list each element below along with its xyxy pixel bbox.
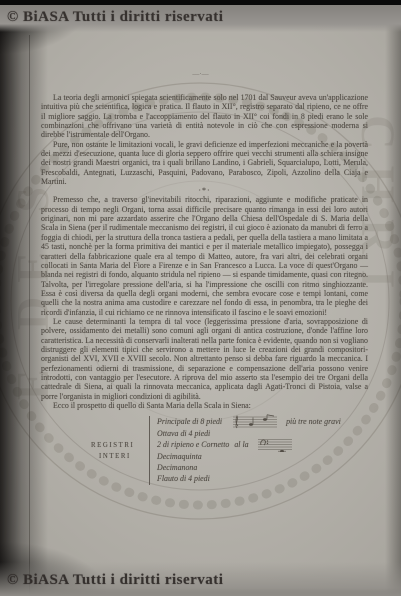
watermark-bar-bottom: © BiASA Tutti i diritti riservati [0, 562, 401, 596]
right-edge-shadow [385, 5, 401, 596]
stop-name: Decimaquinta [157, 452, 202, 461]
stop-name: 2 di ripieno e Cornetto [157, 440, 229, 449]
stop-name: Flauto di 4 piedi [157, 474, 210, 483]
stop-list-brace [149, 416, 150, 484]
music-staff-icon [254, 437, 296, 452]
stop-group-label-line2: interi [91, 451, 147, 462]
stop-name: Principale di 8 piedi [157, 417, 222, 426]
list-item: Flauto di 4 piedi [157, 473, 341, 484]
prospetto-intro: Ecco il prospetto di quello di Santa Mar… [41, 401, 368, 410]
paragraph: Premesso che, a traverso gl'inevitabili … [41, 195, 368, 316]
document-text: La teoria degli armonici spiegata scient… [41, 93, 368, 485]
list-item: Decimaquinta [157, 451, 341, 462]
page-scan: E DE S CHRI —·— La teoria degli armonici… [0, 5, 401, 596]
copyright-watermark-top: © BiASA Tutti i diritti riservati [7, 9, 223, 26]
stop-group-label-line1: Registri [91, 440, 147, 451]
music-staff-icon [227, 414, 281, 430]
stop-annotation: più tre note gravi [286, 417, 341, 426]
paragraph: Pure, non ostante le limitazioni vocali,… [41, 140, 368, 187]
stop-list-items: Principale di 8 piedi [157, 416, 341, 484]
watermark-bar-top: © BiASA Tutti i diritti riservati [0, 5, 401, 32]
section-separator: ·*· [41, 186, 368, 195]
paragraph: La teoria degli armonici spiegata scient… [41, 93, 368, 140]
list-item: 2 di ripieno e Cornetto al la [157, 439, 341, 450]
paragraph: Le cause determinanti la tempra di tal v… [41, 317, 368, 401]
page-edge-line [29, 35, 30, 596]
stop-name: Decimanona [157, 463, 197, 472]
list-item: Principale di 8 piedi [157, 416, 341, 427]
copyright-watermark-bottom: © BiASA Tutti i diritti riservati [7, 572, 223, 589]
page-ornament: —·— [0, 70, 401, 78]
stop-annotation: al la [234, 440, 248, 449]
stop-group-label: Registri interi [91, 440, 147, 462]
scanned-page-view: E DE S CHRI —·— La teoria degli armonici… [0, 0, 401, 596]
list-item: Decimanona [157, 462, 341, 473]
stop-list: Registri interi Principale di 8 piedi [91, 416, 368, 484]
stop-name: Ottava di 4 piedi [157, 429, 210, 438]
